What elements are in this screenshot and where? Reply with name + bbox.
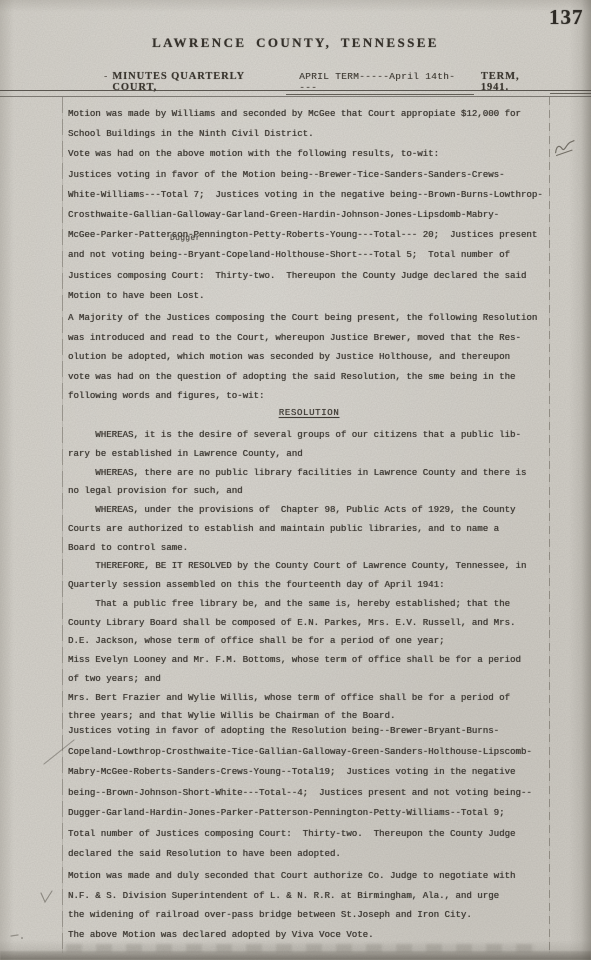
scanned-document-page: 137 LAWRENCE COUNTY, TENNESSEE - MINUTES… (0, 0, 591, 960)
header-double-rule (0, 90, 591, 97)
paragraph-railroad-bridge-motion: Motion was made and duly seconded that C… (68, 866, 560, 944)
paragraph-school-building-motion: Motion was made by Williams and seconded… (68, 104, 560, 306)
page-number: 137 (549, 5, 584, 30)
page-title: LAWRENCE COUNTY, TENNESSEE (0, 35, 591, 51)
stray-dash-mark: - (104, 71, 107, 82)
interlinear-insertion-dugger: Dugger (170, 234, 201, 243)
paragraph-resolution-vote: Justices voting in favor of adopting the… (68, 721, 560, 865)
paragraph-resolution-text: WHEREAS, it is the desire of several gro… (68, 426, 560, 726)
paragraph-resolution-introduction: A Majority of the Justices composing the… (68, 308, 560, 406)
pencil-dash-icon (10, 933, 26, 941)
left-margin-rule (62, 97, 63, 953)
handwritten-check-icon (40, 890, 54, 904)
scan-edge-shadow (0, 951, 591, 960)
resolution-heading: RESOLUTION (68, 407, 550, 418)
